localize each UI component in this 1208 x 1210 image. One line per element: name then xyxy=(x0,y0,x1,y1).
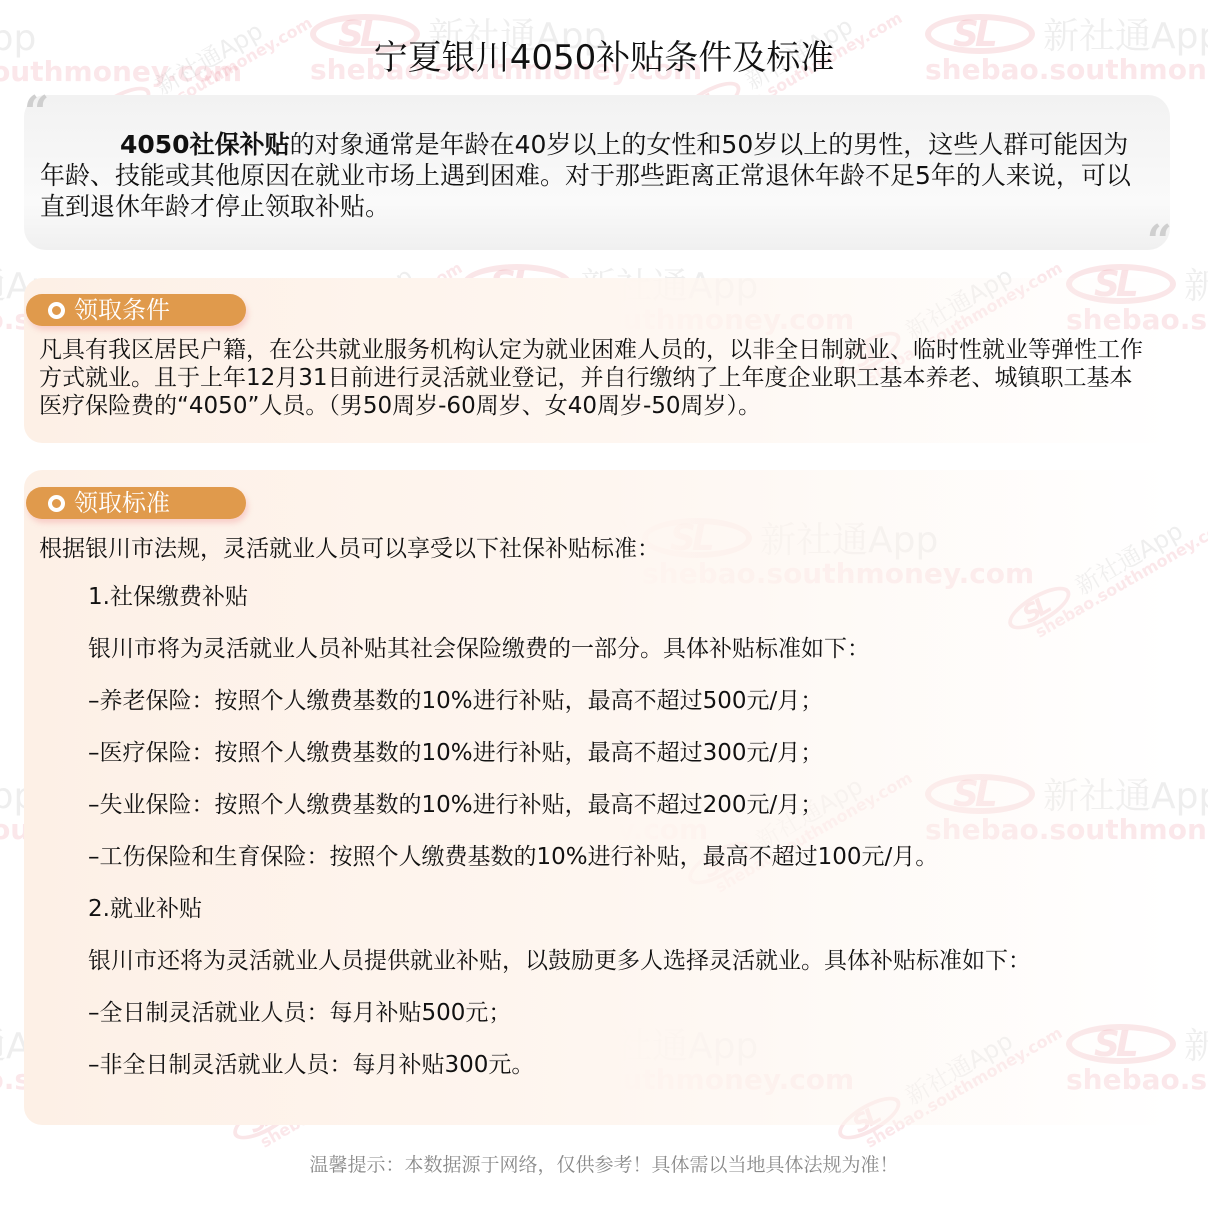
standards-intro: 根据银川市法规，灵活就业人员可以享受以下社保补贴标准： xyxy=(39,530,660,563)
standards-list: 1.社保缴费补贴 银川市将为灵活就业人员补贴其社会保险缴费的一部分。具体补贴标准… xyxy=(88,582,1031,1102)
standards-line: 银川市将为灵活就业人员补贴其社会保险缴费的一部分。具体补贴标准如下： xyxy=(88,634,1031,686)
conditions-badge-label: 领取条件 xyxy=(74,296,170,324)
standards-heading-social-insurance: 1.社保缴费补贴 xyxy=(88,582,1031,634)
standards-badge: 领取标准 xyxy=(26,487,246,519)
page-title: 宁夏银川4050补贴条件及标准 xyxy=(0,30,1208,79)
standards-heading-employment: 2.就业补贴 xyxy=(88,894,1031,946)
footer-disclaimer: 温馨提示：本数据源于网络，仅供参考！具体需以当地具体法规为准！ xyxy=(0,1150,1208,1177)
standards-line-pension: –养老保险：按照个人缴费基数的10%进行补贴，最高不超过500元/月； xyxy=(88,686,1031,738)
quote-close-icon: “ xyxy=(1147,220,1172,264)
standards-section: 领取标准 根据银川市法规，灵活就业人员可以享受以下社保补贴标准： 1.社保缴费补… xyxy=(24,470,1174,1125)
conditions-section: 领取条件 凡具有我区居民户籍，在公共就业服务机构认定为就业困难人员的，以非全日制… xyxy=(24,278,1174,443)
intro-card: “ 4050社保补贴的对象通常是年龄在40岁以上的女性和50岁以上的男性，这些人… xyxy=(24,95,1170,250)
standards-line: 银川市还将为灵活就业人员提供就业补贴，以鼓励更多人选择灵活就业。具体补贴标准如下… xyxy=(88,946,1031,998)
conditions-text: 凡具有我区居民户籍，在公共就业服务机构认定为就业困难人员的，以非全日制就业、临时… xyxy=(39,336,1144,420)
intro-text: 4050社保补贴的对象通常是年龄在40岁以上的女性和50岁以上的男性，这些人群可… xyxy=(40,129,1142,222)
ring-icon xyxy=(48,302,65,319)
standards-line-unemployment: –失业保险：按照个人缴费基数的10%进行补贴，最高不超过200元/月； xyxy=(88,790,1031,842)
ring-icon xyxy=(48,495,65,512)
standards-line-parttime: –非全日制灵活就业人员：每月补贴300元。 xyxy=(88,1050,1031,1102)
standards-badge-label: 领取标准 xyxy=(74,489,170,517)
standards-line-fulltime: –全日制灵活就业人员：每月补贴500元； xyxy=(88,998,1031,1050)
conditions-badge: 领取条件 xyxy=(26,294,246,326)
intro-highlight: 4050社保补贴 xyxy=(120,130,290,159)
standards-line-injury-maternity: –工伤保险和生育保险：按照个人缴费基数的10%进行补贴，最高不超过100元/月。 xyxy=(88,842,1031,894)
standards-line-medical: –医疗保险：按照个人缴费基数的10%进行补贴，最高不超过300元/月； xyxy=(88,738,1031,790)
